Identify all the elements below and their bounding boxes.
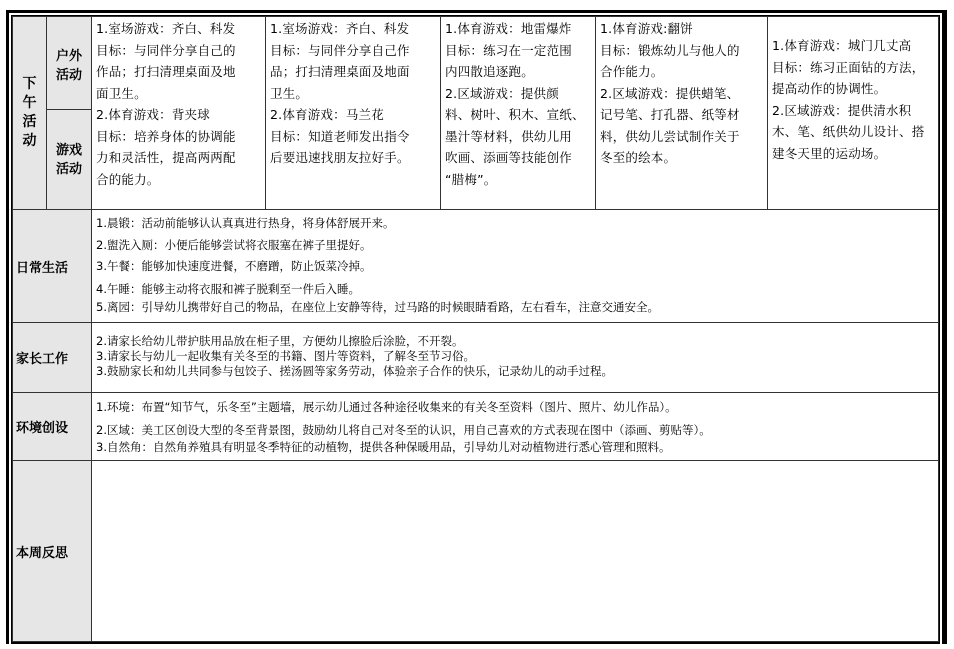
weekly-plan-table: 下午活动 户外活动 1.室场游戏：齐白、科发 目标：与同伴分享自己的 作品；打扫… xyxy=(12,16,939,642)
afternoon-label: 下午活动 xyxy=(22,75,38,151)
day-2-afternoon-cell[interactable]: 1.室场游戏：齐白、科发 目标：与同伴分享自己作 品；打扫清理桌面及地面 卫生。… xyxy=(266,17,441,210)
day-4-afternoon-cell[interactable]: 1.体育游戏:翻饼 目标：锻炼幼儿与他人的 合作能力。 2.区域游戏：提供蜡笔、… xyxy=(596,17,768,210)
environment-content[interactable]: 1.环境：布置“知节气，乐冬至”主题墙，展示幼儿通过各种途径收集来的有关冬至资料… xyxy=(92,393,939,461)
day-1-afternoon-cell[interactable]: 1.室场游戏：齐白、科发 目标：与同伴分享自己的 作品；打扫清理桌面及地 面卫生… xyxy=(92,17,266,210)
afternoon-activity-header: 下午活动 xyxy=(13,17,47,210)
parent-work-header: 家长工作 xyxy=(13,323,92,393)
weekly-reflection-content[interactable] xyxy=(92,461,939,642)
daily-life-header: 日常生活 xyxy=(13,210,92,323)
game-activity-header: 游戏活动 xyxy=(47,110,92,210)
day-5-afternoon-cell[interactable]: 1.体育游戏：城门几丈高 目标：练习正面钻的方法， 提高动作的协调性。 2.区域… xyxy=(768,17,939,210)
weekly-reflection-header: 本周反思 xyxy=(13,461,92,642)
day-3-afternoon-cell[interactable]: 1.体育游戏：地雷爆炸 目标：练习在一定范围 内四散追逐跑。 2.区域游戏：提供… xyxy=(441,17,596,210)
environment-header: 环境创设 xyxy=(13,393,92,461)
plan-table-frame: 下午活动 户外活动 1.室场游戏：齐白、科发 目标：与同伴分享自己的 作品；打扫… xyxy=(6,10,947,644)
daily-life-content[interactable]: 1.晨锻：活动前能够认认真真进行热身，将身体舒展开来。 2.盥洗入厕：小便后能够… xyxy=(92,210,939,323)
outdoor-activity-header: 户外活动 xyxy=(47,17,92,110)
parent-work-content[interactable]: 2.请家长给幼儿带护肤用品放在柜子里，方便幼儿擦脸后涂脸，不开裂。 3.请家长与… xyxy=(92,323,939,393)
